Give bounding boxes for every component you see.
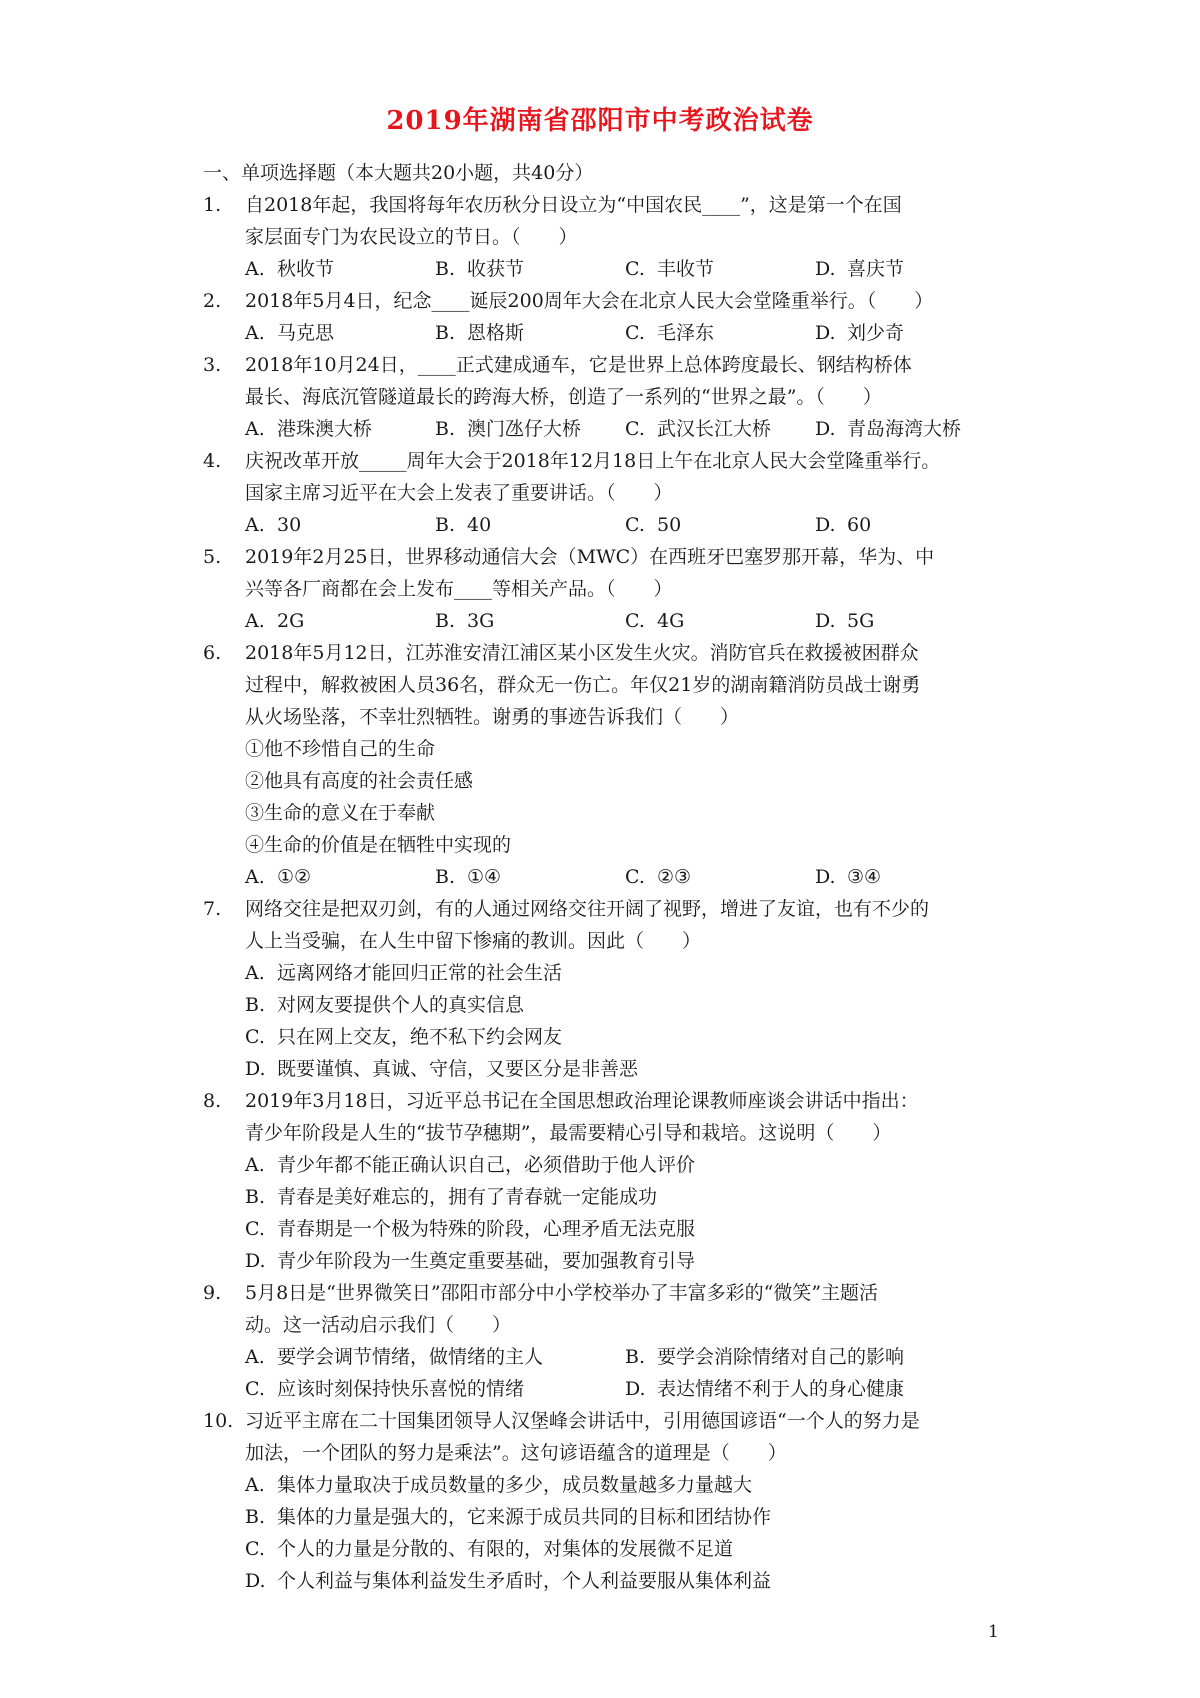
- page-number: 1: [988, 1622, 999, 1642]
- question-text: 最长、海底沉管隧道最长的跨海大桥，创造了一系列的“世界之最”。（ ）: [245, 381, 1033, 413]
- statement-2: ②他具有高度的社会责任感: [245, 765, 1033, 797]
- question-2: 2. 2018年5月4日，纪念____诞辰200周年大会在北京人民大会堂隆重举行…: [203, 285, 1033, 349]
- question-5: 5. 2019年2月25日，世界移动通信大会（MWC）在西班牙巴塞罗那开幕，华为…: [203, 541, 1033, 637]
- option-a: A.2G: [245, 605, 435, 637]
- option-c: C.4G: [625, 605, 815, 637]
- question-number: 2.: [203, 285, 245, 317]
- exam-title: 2019年湖南省邵阳市中考政治试卷: [0, 100, 1200, 137]
- question-number: 3.: [203, 349, 245, 381]
- statement-3: ③生命的意义在于奉献: [245, 797, 1033, 829]
- question-number: 9.: [203, 1277, 245, 1309]
- option-c: C.50: [625, 509, 815, 541]
- option-d: D.③④: [815, 861, 1005, 893]
- question-text: 习近平主席在二十国集团领导人汉堡峰会讲话中，引用德国谚语“一个人的努力是: [245, 1405, 1033, 1437]
- option-d: D.既要谨慎、真诚、守信，又要区分是非善恶: [245, 1053, 1033, 1085]
- option-d: D.5G: [815, 605, 1005, 637]
- question-text: 兴等各厂商都在会上发布____等相关产品。（ ）: [245, 573, 1033, 605]
- option-a: A.秋收节: [245, 253, 435, 285]
- options-row: A.①② B.①④ C.②③ D.③④: [245, 861, 1033, 893]
- option-c: C.应该时刻保持快乐喜悦的情绪: [245, 1373, 625, 1405]
- option-d: D.刘少奇: [815, 317, 1005, 349]
- question-text: 庆祝改革开放_____周年大会于2018年12月18日上午在北京人民大会堂隆重举…: [245, 445, 1033, 477]
- question-text: 2018年10月24日，____正式建成通车，它是世界上总体跨度最长、钢结构桥体: [245, 349, 1033, 381]
- question-number: 1.: [203, 189, 245, 221]
- option-d: D.青岛海湾大桥: [815, 413, 1005, 445]
- options-row: A.要学会调节情绪，做情绪的主人 B.要学会消除情绪对自己的影响: [245, 1341, 1033, 1373]
- question-text: 2018年5月4日，纪念____诞辰200周年大会在北京人民大会堂隆重举行。（ …: [245, 285, 1033, 317]
- statement-1: ①他不珍惜自己的生命: [245, 733, 1033, 765]
- question-text: 过程中，解救被困人员36名，群众无一伤亡。年仅21岁的湖南籍消防员战士谢勇: [245, 669, 1033, 701]
- option-d: D.喜庆节: [815, 253, 1005, 285]
- option-a: A.港珠澳大桥: [245, 413, 435, 445]
- question-6: 6. 2018年5月12日，江苏淮安清江浦区某小区发生火灾。消防官兵在救援被困群…: [203, 637, 1033, 893]
- question-text: 家层面专门为农民设立的节日。（ ）: [245, 221, 1033, 253]
- question-10: 10. 习近平主席在二十国集团领导人汉堡峰会讲话中，引用德国谚语“一个人的努力是…: [203, 1405, 1033, 1597]
- option-c: C.武汉长江大桥: [625, 413, 815, 445]
- question-8: 8. 2019年3月18日，习近平总书记在全国思想政治理论课教师座谈会讲话中指出…: [203, 1085, 1033, 1277]
- question-text: 动。这一活动启示我们（ ）: [245, 1309, 1033, 1341]
- option-c: C.毛泽东: [625, 317, 815, 349]
- option-a: A.集体力量取决于成员数量的多少，成员数量越多力量越大: [245, 1469, 1033, 1501]
- option-b: B.青春是美好难忘的，拥有了青春就一定能成功: [245, 1181, 1033, 1213]
- option-b: B.恩格斯: [435, 317, 625, 349]
- exam-content: 一、单项选择题（本大题共20小题，共40分） 1. 自2018年起，我国将每年农…: [203, 157, 1033, 1597]
- option-c: C.只在网上交友，绝不私下约会网友: [245, 1021, 1033, 1053]
- question-text: 从火场坠落，不幸壮烈牺牲。谢勇的事迹告诉我们（ ）: [245, 701, 1033, 733]
- question-text: 网络交往是把双刃剑，有的人通过网络交往开阔了视野，增进了友谊，也有不少的: [245, 893, 1033, 925]
- question-text: 加法，一个团队的努力是乘法”。这句谚语蕴含的道理是（ ）: [245, 1437, 1033, 1469]
- option-b: B.对网友要提供个人的真实信息: [245, 989, 1033, 1021]
- option-a: A.①②: [245, 861, 435, 893]
- question-number: 10.: [203, 1405, 245, 1437]
- option-a: A.要学会调节情绪，做情绪的主人: [245, 1341, 625, 1373]
- option-c: C.青春期是一个极为特殊的阶段，心理矛盾无法克服: [245, 1213, 1033, 1245]
- option-d: D.个人利益与集体利益发生矛盾时，个人利益要服从集体利益: [245, 1565, 1033, 1597]
- options-row: A.港珠澳大桥 B.澳门氹仔大桥 C.武汉长江大桥 D.青岛海湾大桥: [245, 413, 1033, 445]
- question-4: 4. 庆祝改革开放_____周年大会于2018年12月18日上午在北京人民大会堂…: [203, 445, 1033, 541]
- question-text: 2019年2月25日，世界移动通信大会（MWC）在西班牙巴塞罗那开幕，华为、中: [245, 541, 1033, 573]
- question-3: 3. 2018年10月24日，____正式建成通车，它是世界上总体跨度最长、钢结…: [203, 349, 1033, 445]
- question-text: 2018年5月12日，江苏淮安清江浦区某小区发生火灾。消防官兵在救援被困群众: [245, 637, 1033, 669]
- option-b: B.要学会消除情绪对自己的影响: [625, 1341, 1005, 1373]
- question-number: 5.: [203, 541, 245, 573]
- statement-4: ④生命的价值是在牺牲中实现的: [245, 829, 1033, 861]
- option-d: D.表达情绪不利于人的身心健康: [625, 1373, 1005, 1405]
- options-row: C.应该时刻保持快乐喜悦的情绪 D.表达情绪不利于人的身心健康: [245, 1373, 1033, 1405]
- option-c: C.②③: [625, 861, 815, 893]
- option-b: B.澳门氹仔大桥: [435, 413, 625, 445]
- options-row: A.秋收节 B.收获节 C.丰收节 D.喜庆节: [245, 253, 1033, 285]
- options-row: A.2G B.3G C.4G D.5G: [245, 605, 1033, 637]
- question-text: 人上当受骗，在人生中留下惨痛的教训。因此（ ）: [245, 925, 1033, 957]
- question-text: 自2018年起，我国将每年农历秋分日设立为“中国农民____”，这是第一个在国: [245, 189, 1033, 221]
- option-b: B.3G: [435, 605, 625, 637]
- option-b: B.40: [435, 509, 625, 541]
- question-text: 国家主席习近平在大会上发表了重要讲话。（ ）: [245, 477, 1033, 509]
- question-text: 青少年阶段是人生的“拔节孕穗期”，最需要精心引导和栽培。这说明（ ）: [245, 1117, 1033, 1149]
- option-a: A.远离网络才能回归正常的社会生活: [245, 957, 1033, 989]
- question-text: 2019年3月18日，习近平总书记在全国思想政治理论课教师座谈会讲话中指出：: [245, 1085, 1033, 1117]
- option-a: A.青少年都不能正确认识自己，必须借助于他人评价: [245, 1149, 1033, 1181]
- question-7: 7. 网络交往是把双刃剑，有的人通过网络交往开阔了视野，增进了友谊，也有不少的 …: [203, 893, 1033, 1085]
- question-number: 7.: [203, 893, 245, 925]
- option-b: B.集体的力量是强大的，它来源于成员共同的目标和团结协作: [245, 1501, 1033, 1533]
- question-number: 6.: [203, 637, 245, 669]
- question-number: 8.: [203, 1085, 245, 1117]
- question-9: 9. 5月8日是“世界微笑日”邵阳市部分中小学校举办了丰富多彩的“微笑”主题活 …: [203, 1277, 1033, 1405]
- option-a: A.30: [245, 509, 435, 541]
- options-row: A.马克思 B.恩格斯 C.毛泽东 D.刘少奇: [245, 317, 1033, 349]
- option-b: B.①④: [435, 861, 625, 893]
- option-d: D.青少年阶段为一生奠定重要基础，要加强教育引导: [245, 1245, 1033, 1277]
- exam-page: 2019年湖南省邵阳市中考政治试卷 一、单项选择题（本大题共20小题，共40分）…: [0, 0, 1200, 1698]
- question-text: 5月8日是“世界微笑日”邵阳市部分中小学校举办了丰富多彩的“微笑”主题活: [245, 1277, 1033, 1309]
- options-row: A.30 B.40 C.50 D.60: [245, 509, 1033, 541]
- option-a: A.马克思: [245, 317, 435, 349]
- option-c: C.个人的力量是分散的、有限的，对集体的发展微不足道: [245, 1533, 1033, 1565]
- question-number: 4.: [203, 445, 245, 477]
- question-1: 1. 自2018年起，我国将每年农历秋分日设立为“中国农民____”，这是第一个…: [203, 189, 1033, 285]
- section-heading: 一、单项选择题（本大题共20小题，共40分）: [203, 157, 1033, 189]
- option-d: D.60: [815, 509, 1005, 541]
- option-b: B.收获节: [435, 253, 625, 285]
- option-c: C.丰收节: [625, 253, 815, 285]
